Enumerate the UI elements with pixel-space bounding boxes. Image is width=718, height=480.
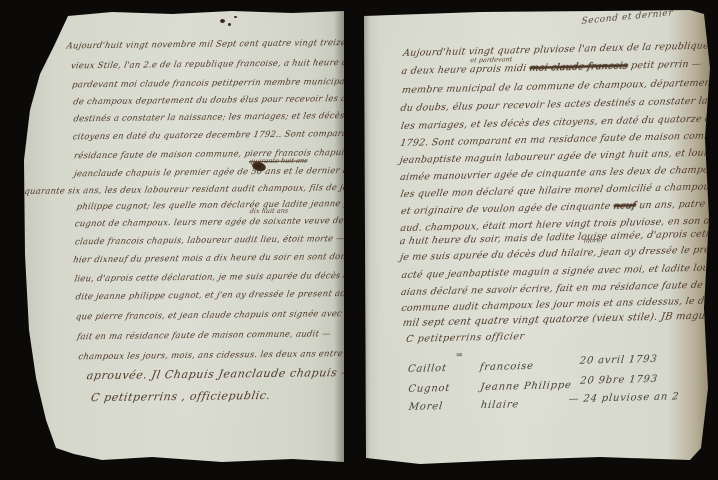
manuscript-line: claude francois chapuis, laboureur audit… xyxy=(74,234,346,247)
signature-petitperrin: C petitperrins , officiepublic. xyxy=(90,389,272,404)
interline-insertion: morel xyxy=(583,236,603,244)
paraph-mark: = xyxy=(455,351,463,361)
folio-header-note: Second et dernier xyxy=(581,8,673,27)
manuscript-line: destinés a constater la naissance; les m… xyxy=(73,111,376,125)
manuscript-line: les quelle mon déclaré que hilaire morel… xyxy=(400,181,717,200)
manuscript-line: je me suis apurée du décès dud hilaire, … xyxy=(399,244,718,263)
left-page-text: Aujourd'huit vingt novembre mil Sept cen… xyxy=(19,8,346,464)
struck-through-text: moi claude francois xyxy=(529,60,629,73)
struck-through-text: neuf xyxy=(613,200,637,212)
index-date: — 24 pluviose an 2 xyxy=(568,391,680,405)
manuscript-line: lieu, d'aprois cette déclaration, je me … xyxy=(74,271,370,285)
manuscript-line: aimée manouvrier agée de cinquante ans l… xyxy=(399,164,718,183)
manuscript-line: fait en ma résidance faute de maison com… xyxy=(76,329,331,342)
manuscript-line: pardevant moi claude francois petitperri… xyxy=(71,76,397,90)
index-surname: Morel xyxy=(408,401,443,413)
index-given-name: hilaire xyxy=(480,399,520,411)
index-surname: Cugnot xyxy=(408,383,451,395)
gutter-shadow xyxy=(334,10,344,462)
manuscript-line: acté que jeanbaptiste maguin a signée av… xyxy=(401,261,718,281)
archive-scan: Aujourd'huit vingt novembre mil Sept cen… xyxy=(0,0,718,480)
index-row: Morel hilaire — 24 pluviose an 2 xyxy=(359,0,709,9)
gutter-shadow xyxy=(360,8,370,466)
index-row: Caillot francoise 20 avril 1793 xyxy=(359,0,709,9)
line-text: et originaire de voulon agée de cinquant… xyxy=(400,201,614,217)
manuscript-line: les mariages, et les décès des citoyens,… xyxy=(400,112,718,132)
line-text: un ans, patre xyxy=(635,199,706,212)
manuscript-line: que pierre francois, et jean claude chap… xyxy=(75,309,365,323)
line-text: petit perrin — xyxy=(627,59,703,72)
signatures-chapuis: aprouvée. Jl Chapuis Jeanclaude chapuis … xyxy=(86,366,354,382)
manuscript-line: Aujourd'huit vingt quatre pluviose l'an … xyxy=(402,39,718,59)
line-text: a deux heure aprois midi xyxy=(401,63,531,77)
index-given-name: francoise xyxy=(479,361,534,373)
index-date: 20 avril 1793 xyxy=(579,354,658,367)
manuscript-line: aians déclaré ne savoir écrire, fait en … xyxy=(400,279,718,298)
ink-speck xyxy=(220,19,225,23)
ink-speck xyxy=(234,16,237,18)
ink-speck xyxy=(228,23,231,26)
manuscript-line: résidance faute de maison commune, pierr… xyxy=(73,148,376,162)
manuscript-line: jeanbaptiste maguin laboureur agée de vi… xyxy=(399,147,718,166)
manuscript-line: du doubs, élus pour recevoir les actes d… xyxy=(400,94,718,114)
manuscript-line: de champoux departement du doubs élus po… xyxy=(72,94,377,108)
index-date: 20 9bre 1793 xyxy=(580,374,659,387)
manuscript-line: Aujourd'huit vingt novembre mil Sept cen… xyxy=(66,38,347,51)
interline-insertion: dix huit ans xyxy=(249,207,289,215)
signature-petitperrin: C petitperrins officier xyxy=(405,331,525,345)
right-page: Second et dernier Aujourd'huit vingt qua… xyxy=(360,8,710,466)
manuscript-line: champoux les jours, mois, ans cidessus. … xyxy=(78,349,369,363)
manuscript-line-corrected: et originaire de voulon agée de cinquant… xyxy=(400,199,706,217)
manuscript-line-with-margin-note: quarante six ans, les deux laboureur res… xyxy=(24,183,371,197)
index-given-name: Jeanne Philippe xyxy=(480,380,573,393)
manuscript-line-with-signature-maguin: mil sept cent quatre vingt quatorze (vie… xyxy=(402,310,716,329)
manuscript-line: hier dixneuf du present mois a dix heure… xyxy=(72,252,377,266)
right-page-text: Second et dernier Aujourd'huit vingt qua… xyxy=(359,0,718,466)
manuscript-line: dite jeanne philippe cugnot, et j'en ay … xyxy=(75,289,358,302)
manuscript-line: 1792. Sont comparant en ma residance fau… xyxy=(399,130,718,149)
manuscript-line: membre municipal de la commune de champo… xyxy=(401,77,715,96)
index-surname: Caillot xyxy=(407,363,447,375)
left-page: Aujourd'huit vingt novembre mil Sept cen… xyxy=(22,10,344,462)
manuscript-line: cugnot de champoux. leurs mere agée de s… xyxy=(74,216,360,229)
manuscript-line-corrected: a deux heure aprois midi moi claude fran… xyxy=(401,59,703,77)
index-row: Cugnot Jeanne Philippe 20 9bre 1793 xyxy=(359,0,709,9)
manuscript-line: jeanclaude chapuis le premier agée de 50… xyxy=(73,166,378,180)
